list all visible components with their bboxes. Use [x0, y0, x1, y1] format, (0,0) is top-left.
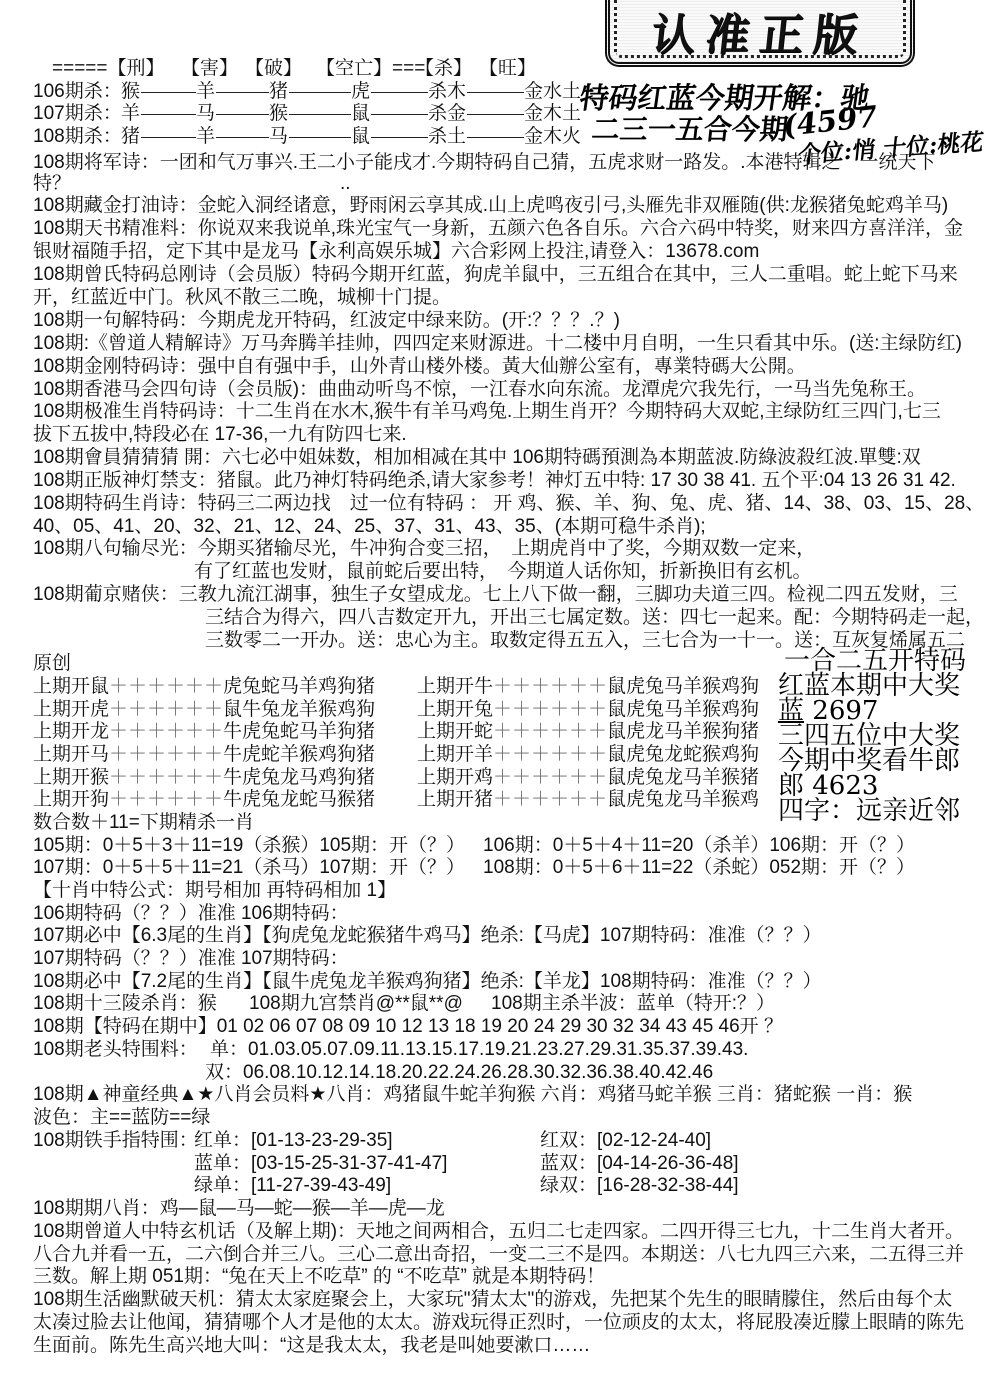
kill-item: 猴	[121, 80, 140, 103]
kill-header-xing: =====【刑】	[52, 57, 164, 80]
dash-divider	[289, 137, 351, 138]
seal-text: 认准正版	[649, 0, 872, 63]
formula-note: 数合数＋11=下期精杀一肖	[33, 811, 254, 834]
original-row-right: 上期开羊＋＋＋＋＋＋鼠虎兔龙蛇猴鸡狗	[417, 743, 759, 766]
kill-item: 虎	[351, 80, 370, 103]
pujing-line-1: 108期葡京赌侠：三教九流江湖事，独生子女望成龙。七上八下做一翻，三脚功夫道三四…	[33, 583, 958, 606]
shengxiao-line-1: 108期特码生肖诗：特码三二两边找 过一位有特码 ： 开 鸡、猴、羊、狗、兔、虎…	[33, 492, 984, 515]
original-row-left: 上期开猴＋＋＋＋＋＋牛虎兔龙马鸡狗猪	[33, 766, 375, 789]
open-label: 上期开鸡	[417, 767, 493, 788]
original-row-left: 上期开虎＋＋＋＋＋＋鼠牛兔龙羊猴鸡狗	[33, 698, 375, 721]
humor-line-1: 108期生活幽默破天机：猜太太家庭聚会上，大家玩"猜太太"的游戏，先把某个先生的…	[33, 1288, 952, 1311]
zodiac-list: 虎兔蛇马羊鸡狗猪	[223, 676, 375, 697]
dash-divider	[467, 92, 524, 93]
blue-odd: 蓝单：[03-15-25-31-37-41-47]	[194, 1152, 447, 1175]
general-poem-continued: 特？	[33, 172, 71, 195]
dash-divider	[216, 92, 269, 93]
formula-title: 【十肖中特公式：期号相加 再特码相加 1】	[33, 879, 396, 902]
dash-divider	[467, 114, 524, 115]
original-row-right: 上期开鸡＋＋＋＋＋＋鼠虎兔龙马羊猴猪	[417, 766, 759, 789]
calc-row-a: 105期：0＋5＋3＋11=19（杀猴）105期：开（？）	[33, 834, 465, 857]
kill-item: 杀木	[428, 80, 466, 103]
green-odd: 绿单：[11-27-39-43-49]	[194, 1174, 391, 1197]
formula-line-1: 106期特码（？？）准准 106期特码：	[33, 902, 349, 925]
cangjin-poem: 108期藏金打油诗：金蛇入洞经诸意，野雨闲云享其成.山上虎鸣夜引弓,头雁先非双雁…	[33, 194, 948, 217]
yijujie-line: 108期一句解特码：今期虎龙开特码，红波定中绿来防。(开:？？？.？)	[33, 309, 620, 332]
plus-signs: ＋＋＋＋＋＋	[493, 699, 607, 720]
zodiac-list: 鼠虎龙马羊猴狗猪	[607, 721, 759, 742]
huiyuan-line: 108期會員猜猜猜 開：六七必中姐妹数，相加相减在其中 106期特碼預測為本期蓝…	[33, 446, 921, 469]
dots-mark: ..	[340, 172, 351, 195]
plus-signs: ＋＋＋＋＋＋	[493, 789, 607, 810]
open-label: 上期开猪	[417, 789, 493, 810]
kill-item: 鼠	[351, 102, 370, 125]
tieshouzhi-label: 108期铁手指特围：	[33, 1129, 198, 1152]
jiugong-ban: 108期九宫禁肖@**鼠**@	[249, 992, 463, 1015]
original-row-right: 上期开猪＋＋＋＋＋＋鼠虎兔龙马羊猴鸡	[417, 788, 759, 811]
open-label: 上期开马	[33, 744, 109, 765]
humor-line-3: 生面前。陈先生高兴地大叫：“这是我太太，我老是叫她要漱口……	[33, 1334, 590, 1357]
jingang-poem: 108期金刚特码诗：强中自有强中手，山外青山楼外楼。黃大仙辦公室有，專業特碼大公…	[33, 355, 806, 378]
baju-line-1: 108期八句输尽光：今期买猪输尽光，牛冲狗合变三招， 上期虎肖中了奖，今期双数一…	[33, 537, 815, 560]
dash-divider	[141, 137, 196, 138]
authentic-edition-seal: 认准正版	[605, 0, 915, 67]
open-label: 上期开牛	[417, 676, 493, 697]
kill-item: 马	[196, 102, 215, 125]
kill-item: 羊	[121, 102, 140, 125]
shendeng-line: 108期正版神灯禁支：猪鼠。此乃神灯特码绝杀,请大家参考！神灯五中特: 17 3…	[33, 469, 956, 492]
zodiac-list: 鼠虎兔龙蛇猴鸡狗	[607, 744, 759, 765]
plus-signs: ＋＋＋＋＋＋	[493, 676, 607, 697]
open-label: 上期开猴	[33, 767, 109, 788]
original-row-left: 上期开狗＋＋＋＋＋＋牛虎兔龙蛇马猴猪	[33, 788, 375, 811]
zengshi-line-2: 开，红蓝近中门。秋风不散三二晚，城柳十门提。	[33, 286, 451, 309]
kill-item: 金木火	[524, 125, 581, 148]
dash-divider	[289, 114, 351, 115]
plus-signs: ＋＋＋＋＋＋	[109, 789, 223, 810]
green-even: 绿双：[16-28-32-38-44]	[540, 1174, 739, 1197]
dash-divider	[216, 137, 269, 138]
baju-line-2: 有了红蓝也发财，鼠前蛇后要出特， 今期道人话你知，折新换旧有玄机。	[194, 560, 812, 583]
plus-signs: ＋＋＋＋＋＋	[493, 767, 607, 788]
kill-item: 羊	[196, 80, 215, 103]
open-label: 上期开龙	[33, 721, 109, 742]
dash-divider	[371, 92, 428, 93]
kill-item: 猴	[269, 102, 288, 125]
jizhun-line-2: 拔下五拔中,特段必在 17-36,一九有防四七来.	[33, 423, 407, 446]
zodiac-list: 牛虎兔龙马鸡狗猪	[223, 767, 375, 788]
tianshu-line-1: 108期天书精准料：你说双来我说单,珠光宝气一身新，五颜六色各自乐。六合六码中特…	[33, 217, 963, 240]
side-panel-line-7: 四字：远亲近邻	[778, 796, 960, 826]
xianggang-poem: 108期香港马会四句诗（会员版)：曲曲动听鸟不惊，一江春水向东流。龙潭虎穴我先行…	[33, 378, 926, 401]
wave-color-line: 波色：主==蓝防==绿	[33, 1106, 210, 1129]
in-period-numbers: 108期【特码在期中】01 02 06 07 08 09 10 12 13 18…	[33, 1015, 783, 1038]
zengdaoren-poem: 108期:《曾道人精解诗》万马奔腾羊挂帅，四四定来财源进。十二楼中月自明，一生只…	[33, 332, 962, 355]
shisanling-kill: 108期十三陵杀肖：猴	[33, 992, 217, 1015]
zodiac-list: 鼠虎兔龙马羊猴鸡	[607, 789, 759, 810]
kill-item: 羊	[196, 125, 215, 148]
plus-signs: ＋＋＋＋＋＋	[109, 744, 223, 765]
red-even: 红双：[02-12-24-40]	[540, 1129, 711, 1152]
zodiac-list: 鼠牛兔龙羊猴鸡狗	[223, 699, 375, 720]
xuanji-line-1: 108期曾道人中特玄机话（及解上期)：天地之间两相合，五归二七走四家。二四开得三…	[33, 1220, 964, 1243]
original-title: 原创	[33, 652, 71, 675]
laotou-even: 双：06.08.10.12.14.18.20.22.24.26.28.30.32…	[205, 1061, 713, 1084]
kill-header-sha: 【杀】	[415, 57, 472, 80]
open-label: 上期开虎	[33, 699, 109, 720]
general-poem: 108期将军诗：一团和气万事兴.王二小子能戌才.今期特码自己猜，五虎求财一路发。…	[33, 151, 936, 174]
zodiac-list: 鼠虎兔马羊猴鸡狗	[607, 676, 759, 697]
formula-line-3: 107期特码（？？）准准 107期特码：	[33, 947, 349, 970]
kill-header-kongwang: 【空亡】===	[316, 57, 425, 80]
original-row-right: 上期开兔＋＋＋＋＋＋鼠虎兔马羊猴鸡狗	[417, 698, 759, 721]
handwritten-note-2: 二三一五合今期	[590, 108, 790, 148]
plus-signs: ＋＋＋＋＋＋	[109, 699, 223, 720]
red-odd: 红单：[01-13-23-29-35]	[194, 1129, 393, 1152]
humor-line-2: 太凑过脸去让他闻，猜猜哪个人才是他的太太。游戏玩得正烈时，一位顽皮的太太，将屁股…	[33, 1311, 964, 1334]
tianshu-line-2: 银财福随手招，定下其中是龙马【永利高娱乐城】六合彩网上投注,请登入：13678.…	[33, 240, 759, 263]
original-row-left: 上期开鼠＋＋＋＋＋＋虎兔蛇马羊鸡狗猪	[33, 675, 375, 698]
formula-line-2: 107期必中【6.3尾的生肖】【狗虎兔龙蛇猴猪牛鸡马】绝杀:【马虎】107期特码…	[33, 924, 822, 947]
original-row-left: 上期开马＋＋＋＋＋＋牛虎蛇羊猴鸡狗猪	[33, 743, 375, 766]
open-label: 上期开鼠	[33, 676, 109, 697]
formula-line-4: 108期必中【7.2尾的生肖】【鼠牛虎兔龙羊猴鸡狗猪】绝杀:【羊龙】108期特码…	[33, 970, 822, 993]
kill-item: 杀金	[428, 102, 466, 125]
dash-divider	[467, 137, 524, 138]
xuanji-line-2: 八合九并看一五，二六倒合并三八。三心二意出奇招，一变二三不是四。本期送：八七九四…	[33, 1243, 964, 1266]
kill-item: 金水土	[524, 80, 581, 103]
kill-item: 猪	[121, 125, 140, 148]
zodiac-list: 鼠虎兔龙马羊猴猪	[607, 767, 759, 788]
calc-row-a: 107期：0＋5＋5＋11=21（杀马）107期：开（？）	[33, 856, 465, 879]
laotou-odd: 单：01.03.05.07.09.11.13.15.17.19.21.23.27…	[210, 1038, 748, 1061]
laotou-label: 108期老头特围料：	[33, 1038, 198, 1061]
zodiac-list: 牛虎兔蛇马羊狗猪	[223, 721, 375, 742]
calc-row-b: 108期：0＋5＋6＋11=22（杀蛇）052期：开（？）	[483, 856, 915, 879]
dash-divider	[371, 114, 428, 115]
kill-row-label: 106期杀：	[33, 80, 122, 103]
zodiac-list: 牛虎蛇羊猴鸡狗猪	[223, 744, 375, 765]
kill-header-po: 【破】	[245, 57, 302, 80]
kill-item: 鼠	[351, 125, 370, 148]
kill-item: 金木土	[524, 102, 581, 125]
jizhun-line-1: 108期极准生肖特码诗：十二生肖在水木,猴牛有羊马鸡兔.上期生肖开？今期特码大双…	[33, 400, 941, 423]
plus-signs: ＋＋＋＋＋＋	[493, 721, 607, 742]
zodiac-list: 鼠虎兔马羊猴鸡狗	[607, 699, 759, 720]
zengshi-line-1: 108期曾氏特码总刚诗（会员版）特码今期开红蓝，狗虎羊鼠中，三五组合在其中，三人…	[33, 263, 958, 286]
kill-row-label: 108期杀：	[33, 125, 122, 148]
kill-header-wang: 【旺】	[479, 57, 536, 80]
kill-row-label: 107期杀：	[33, 102, 122, 125]
plus-signs: ＋＋＋＋＋＋	[109, 767, 223, 788]
kill-item: 杀土	[428, 125, 466, 148]
eight-zodiac-line: 108期期八肖：鸡—鼠—马—蛇—猴—羊—虎—龙	[33, 1197, 445, 1220]
plus-signs: ＋＋＋＋＋＋	[109, 721, 223, 742]
shentong-line: 108期▲神童经典▲★八肖会员料★八肖：鸡猪鼠牛蛇羊狗猴 六肖：鸡猪马蛇羊猴 三…	[33, 1083, 912, 1106]
open-label: 上期开狗	[33, 789, 109, 810]
open-label: 上期开羊	[417, 744, 493, 765]
plus-signs: ＋＋＋＋＋＋	[493, 744, 607, 765]
main-kill-halfwave: 108期主杀半波：蓝单（特开:？）	[491, 992, 775, 1015]
blue-even: 蓝双：[04-14-26-36-48]	[540, 1152, 739, 1175]
xuanji-line-3: 三数。解上期 051期：“兔在天上不吃草” 的 “不吃草” 就是本期特码！	[33, 1265, 605, 1288]
dash-divider	[141, 114, 196, 115]
pujing-line-2: 三结合为得六，四八吉数定开九，开出三七属定数。送：四七一起来。配：今期特码走一起…	[205, 606, 984, 629]
zodiac-list: 牛虎兔龙蛇马猴猪	[223, 789, 375, 810]
kill-item: 猪	[269, 80, 288, 103]
original-row-right: 上期开牛＋＋＋＋＋＋鼠虎兔马羊猴鸡狗	[417, 675, 759, 698]
dash-divider	[371, 137, 428, 138]
kill-header-hai: 【害】	[181, 57, 238, 80]
plus-signs: ＋＋＋＋＋＋	[109, 676, 223, 697]
original-row-right: 上期开蛇＋＋＋＋＋＋鼠虎龙马羊猴狗猪	[417, 720, 759, 743]
open-label: 上期开蛇	[417, 721, 493, 742]
kill-item: 马	[269, 125, 288, 148]
original-row-left: 上期开龙＋＋＋＋＋＋牛虎兔蛇马羊狗猪	[33, 720, 375, 743]
dash-divider	[141, 92, 196, 93]
calc-row-b: 106期：0＋5＋4＋11=20（杀羊）106期：开（？）	[483, 834, 915, 857]
dash-divider	[216, 114, 269, 115]
dash-divider	[289, 92, 351, 93]
shengxiao-line-2: 40、05、41、20、32、21、12、24、25、37、31、43、35、(…	[33, 515, 706, 538]
open-label: 上期开兔	[417, 699, 493, 720]
